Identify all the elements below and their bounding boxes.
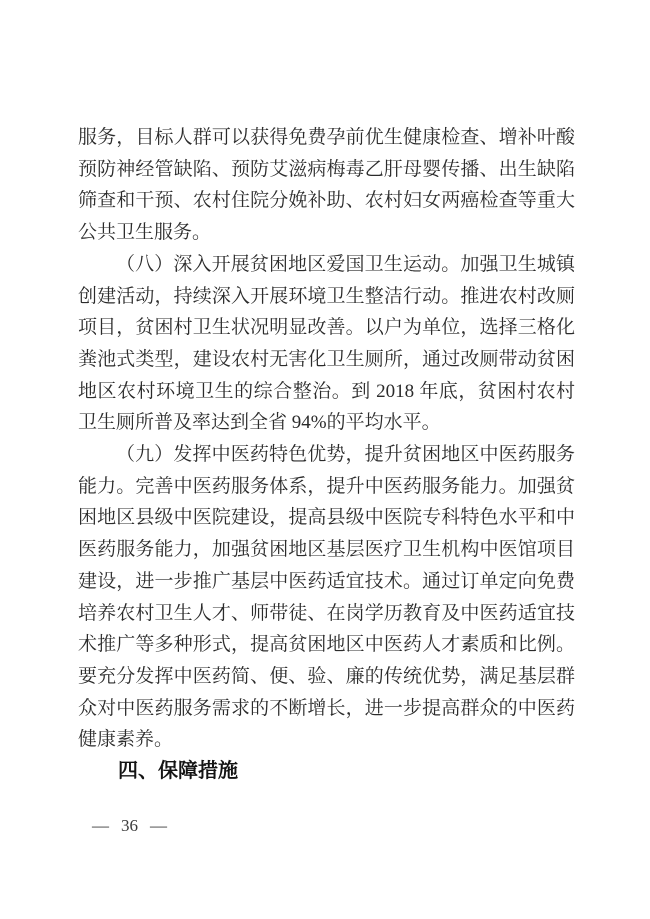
text-line: 四、保障措施 [78, 756, 575, 788]
page-number: 36 [121, 816, 138, 836]
paragraph: 服务，目标人群可以获得免费孕前优生健康检查、增补叶酸预防神经管缺陷、预防艾滋病梅… [78, 122, 575, 249]
footer-left-dash: — [92, 816, 109, 836]
text-line: 公共卫生服务。 [78, 217, 575, 249]
text-line: 项目，贫困村卫生状况明显改善。以户为单位，选择三格化 [78, 312, 575, 344]
text-line: 建设，进一步推广基层中医药适宜技术。通过订单定向免费 [78, 566, 575, 598]
paragraph: （九）发挥中医药特色优势，提升贫困地区中医药服务能力。完善中医药服务体系，提升中… [78, 439, 575, 756]
text-line: 术推广等多种形式，提高贫困地区中医药人才素质和比例。 [78, 629, 575, 661]
text-line: （八）深入开展贫困地区爱国卫生运动。加强卫生城镇 [78, 249, 575, 281]
text-line: 筛查和干预、农村住院分娩补助、农村妇女两癌检查等重大 [78, 185, 575, 217]
section-heading: 四、保障措施 [78, 756, 575, 788]
text-line: 健康素养。 [78, 724, 575, 756]
footer-right-dash: — [150, 816, 167, 836]
text-line: 预防神经管缺陷、预防艾滋病梅毒乙肝母婴传播、出生缺陷 [78, 154, 575, 186]
text-line: 粪池式类型，建设农村无害化卫生厕所，通过改厕带动贫困 [78, 344, 575, 376]
text-line: 创建活动，持续深入开展环境卫生整洁行动。推进农村改厕 [78, 281, 575, 313]
text-line: 地区农村环境卫生的综合整治。到 2018 年底，贫困村农村 [78, 376, 575, 408]
text-line: 困地区县级中医院建设，提高县级中医院专科特色水平和中 [78, 502, 575, 534]
page-footer: — 36 — [92, 816, 167, 836]
document-body: 服务，目标人群可以获得免费孕前优生健康检查、增补叶酸预防神经管缺陷、预防艾滋病梅… [78, 122, 575, 788]
document-page: 服务，目标人群可以获得免费孕前优生健康检查、增补叶酸预防神经管缺陷、预防艾滋病梅… [0, 0, 650, 919]
text-line: 众对中医药服务需求的不断增长，进一步提高群众的中医药 [78, 693, 575, 725]
text-line: 医药服务能力，加强贫困地区基层医疗卫生机构中医馆项目 [78, 534, 575, 566]
text-line: 服务，目标人群可以获得免费孕前优生健康检查、增补叶酸 [78, 122, 575, 154]
text-line: 能力。完善中医药服务体系，提升中医药服务能力。加强贫 [78, 471, 575, 503]
text-line: 卫生厕所普及率达到全省 94%的平均水平。 [78, 407, 575, 439]
text-line: 培养农村卫生人才、师带徒、在岗学历教育及中医药适宜技 [78, 598, 575, 630]
paragraph: （八）深入开展贫困地区爱国卫生运动。加强卫生城镇创建活动，持续深入开展环境卫生整… [78, 249, 575, 439]
text-line: 要充分发挥中医药简、便、验、廉的传统优势，满足基层群 [78, 661, 575, 693]
text-line: （九）发挥中医药特色优势，提升贫困地区中医药服务 [78, 439, 575, 471]
